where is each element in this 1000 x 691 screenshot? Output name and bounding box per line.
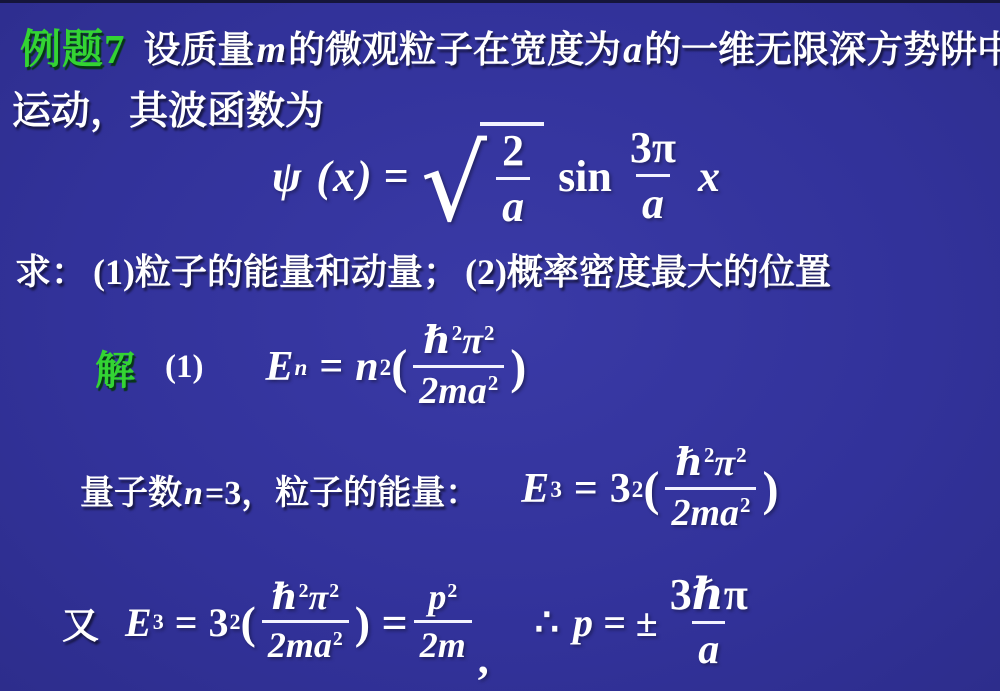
top-edge-strip — [0, 0, 1000, 3]
momentum-result: p = ± — [573, 599, 658, 646]
equals-sign: = — [175, 599, 198, 646]
close-paren-equals: ) = — [355, 596, 408, 649]
two-over-a-fraction: 2 a — [496, 128, 530, 230]
question-line: 求： (1)粒子的能量和动量； (2)概率密度最大的位置 — [15, 244, 837, 295]
question-label: 求： — [15, 244, 87, 295]
x-variable: x — [698, 151, 720, 202]
example-title: 例题7 — [20, 16, 126, 75]
close-paren: ) — [762, 462, 778, 517]
radical-sign: √ — [421, 140, 487, 228]
hbar-symbol: ℏ — [271, 577, 297, 617]
hbar-symbol: ℏ — [423, 320, 451, 362]
hbar-pi-fraction: ℏ2π2 2ma2 — [262, 579, 349, 665]
solution-label: 解 — [95, 339, 135, 396]
equals-sign: = — [384, 151, 409, 202]
question-part2: (2)概率密度最大的位置 — [465, 244, 831, 295]
hbar-pi-fraction: ℏ2π2 2ma2 — [413, 322, 504, 412]
three-pi-over-a-fraction: 3π a — [624, 125, 682, 227]
therefore-symbol: ∴ — [535, 600, 559, 645]
equals-sign: = — [574, 465, 598, 513]
hbar-pi-fraction: ℏ2π2 2ma2 — [665, 444, 756, 534]
width-variable: a — [621, 29, 644, 71]
sin-function: sin — [558, 151, 612, 202]
equals-sign: = — [319, 343, 343, 391]
statement-text: 设质量m的微观粒子在宽度为a的一维无限深方势阱中 — [144, 19, 1000, 73]
open-paren: ( — [391, 340, 407, 395]
solution-step2: 量子数n=3，粒子的能量： E3 = 32 ( ℏ2π2 2ma2 ) — [80, 430, 779, 548]
comma: , — [478, 646, 489, 672]
psi-of-x: ψ (x) — [272, 151, 374, 202]
open-paren: ( — [643, 462, 659, 517]
mass-variable: m — [255, 29, 289, 71]
three-hbar-pi-over-a-fraction: 3ℏπ a — [664, 572, 754, 672]
p-variable: p — [428, 577, 446, 617]
energy-3-equation: E3 = 32 ( ℏ2π2 2ma2 ) — [521, 444, 778, 534]
lecture-slide: 例题7 设质量m的微观粒子在宽度为a的一维无限深方势阱中 运动，其波函数为 ψ … — [0, 0, 1000, 691]
pi-symbol: π — [462, 320, 483, 362]
wave-function-equation: ψ (x) = √ 2 a sin 3π a x — [272, 120, 720, 232]
step-number: (1) — [165, 349, 203, 386]
solution-step1: 解 (1) En = n2 ( ℏ2π2 2ma2 ) — [95, 310, 526, 424]
n-variable: n — [182, 475, 205, 512]
quantum-number-text: 量子数n=3，粒子的能量： — [80, 465, 479, 514]
also-label: 又 — [62, 595, 99, 649]
pi-symbol: π — [309, 577, 329, 617]
close-paren: ) — [510, 340, 526, 395]
pi-symbol: π — [714, 442, 735, 484]
open-paren: ( — [240, 596, 255, 649]
question-part1: (1)粒子的能量和动量； — [93, 244, 459, 295]
solution-step3: 又 E3 = 32 ( ℏ2π2 2ma2 ) = p2 2m , ∴ p = … — [62, 553, 760, 691]
energy-n-equation: En = n2 ( ℏ2π2 2ma2 ) — [265, 322, 526, 412]
p-squared-over-2m-fraction: p2 2m — [414, 579, 472, 665]
momentum-derivation-equation: E3 = 32 ( ℏ2π2 2ma2 ) = p2 2m , ∴ p = ± … — [125, 572, 760, 672]
problem-statement-line1: 例题7 设质量m的微观粒子在宽度为a的一维无限深方势阱中 — [20, 16, 1000, 75]
hbar-symbol: ℏ — [675, 442, 703, 484]
square-root: √ 2 a — [421, 122, 544, 230]
